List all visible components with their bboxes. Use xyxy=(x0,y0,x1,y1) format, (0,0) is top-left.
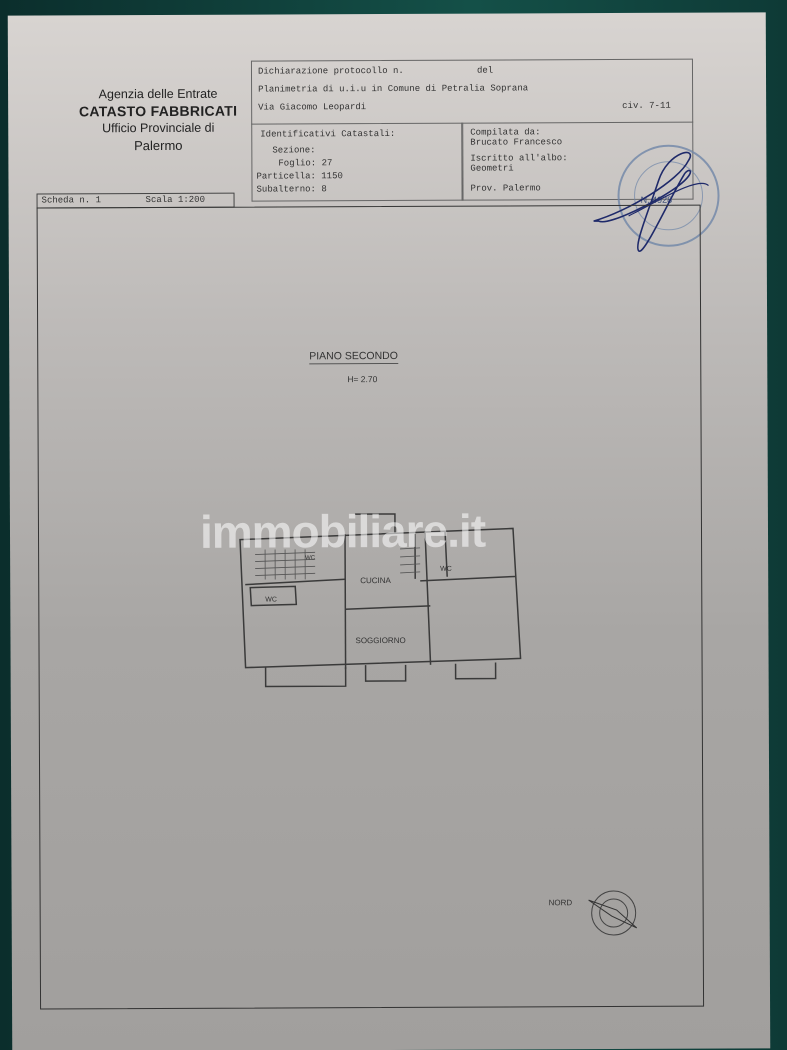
north-arrow-icon xyxy=(587,888,642,938)
register-label: Iscritto all'albo: xyxy=(470,153,567,163)
room-soggiorno: SOGGIORNO xyxy=(355,636,405,645)
office-city: Palermo xyxy=(68,138,248,154)
register-value: Geometri xyxy=(470,163,513,173)
agency-name: Agenzia delle Entrate xyxy=(68,87,248,102)
office-name: Ufficio Provinciale di xyxy=(68,121,248,136)
province: Prov. Palermo xyxy=(470,183,540,193)
particella: Particella: 1150 xyxy=(256,171,342,181)
identifiers-box: Identificativi Catastali: Sezione: Fogli… xyxy=(251,123,463,202)
sheet-scale: Scala 1:200 xyxy=(146,195,205,205)
protocol-label: Dichiarazione protocollo n. xyxy=(258,66,404,77)
civic-number: civ. 7-11 xyxy=(622,101,671,111)
date-label: del xyxy=(477,66,493,76)
plan-line: Planimetria di u.i.u in Comune di Petral… xyxy=(258,83,528,94)
room-cucina: CUCINA xyxy=(360,576,391,585)
address: Via Giacomo Leopardi xyxy=(258,102,366,112)
sezione: Sezione: xyxy=(272,145,315,155)
north-label: NORD xyxy=(549,898,573,907)
watermark: immobiliare.it xyxy=(200,504,485,559)
agency-header: Agenzia delle Entrate CATASTO FABBRICATI… xyxy=(68,87,248,154)
sheet-number: Scheda n. 1 xyxy=(42,195,101,205)
compiler-name: Brucato Francesco xyxy=(470,137,562,147)
identifiers-title: Identificativi Catastali: xyxy=(260,129,395,140)
ceiling-height: H= 2.70 xyxy=(347,374,377,384)
declaration-box: Dichiarazione protocollo n. del Planimet… xyxy=(251,59,693,125)
foglio: Foglio: 27 xyxy=(278,158,332,168)
room-wc-2: WC xyxy=(440,566,452,573)
department-name: CATASTO FABBRICATI xyxy=(68,103,248,120)
subalterno: Subalterno: 8 xyxy=(256,184,326,194)
compiled-by-label: Compilata da: xyxy=(470,127,540,137)
floor-title: PIANO SECONDO xyxy=(309,350,398,364)
room-wc-1: WC xyxy=(265,596,277,603)
cadastral-sheet: Agenzia delle Entrate CATASTO FABBRICATI… xyxy=(8,12,771,1050)
